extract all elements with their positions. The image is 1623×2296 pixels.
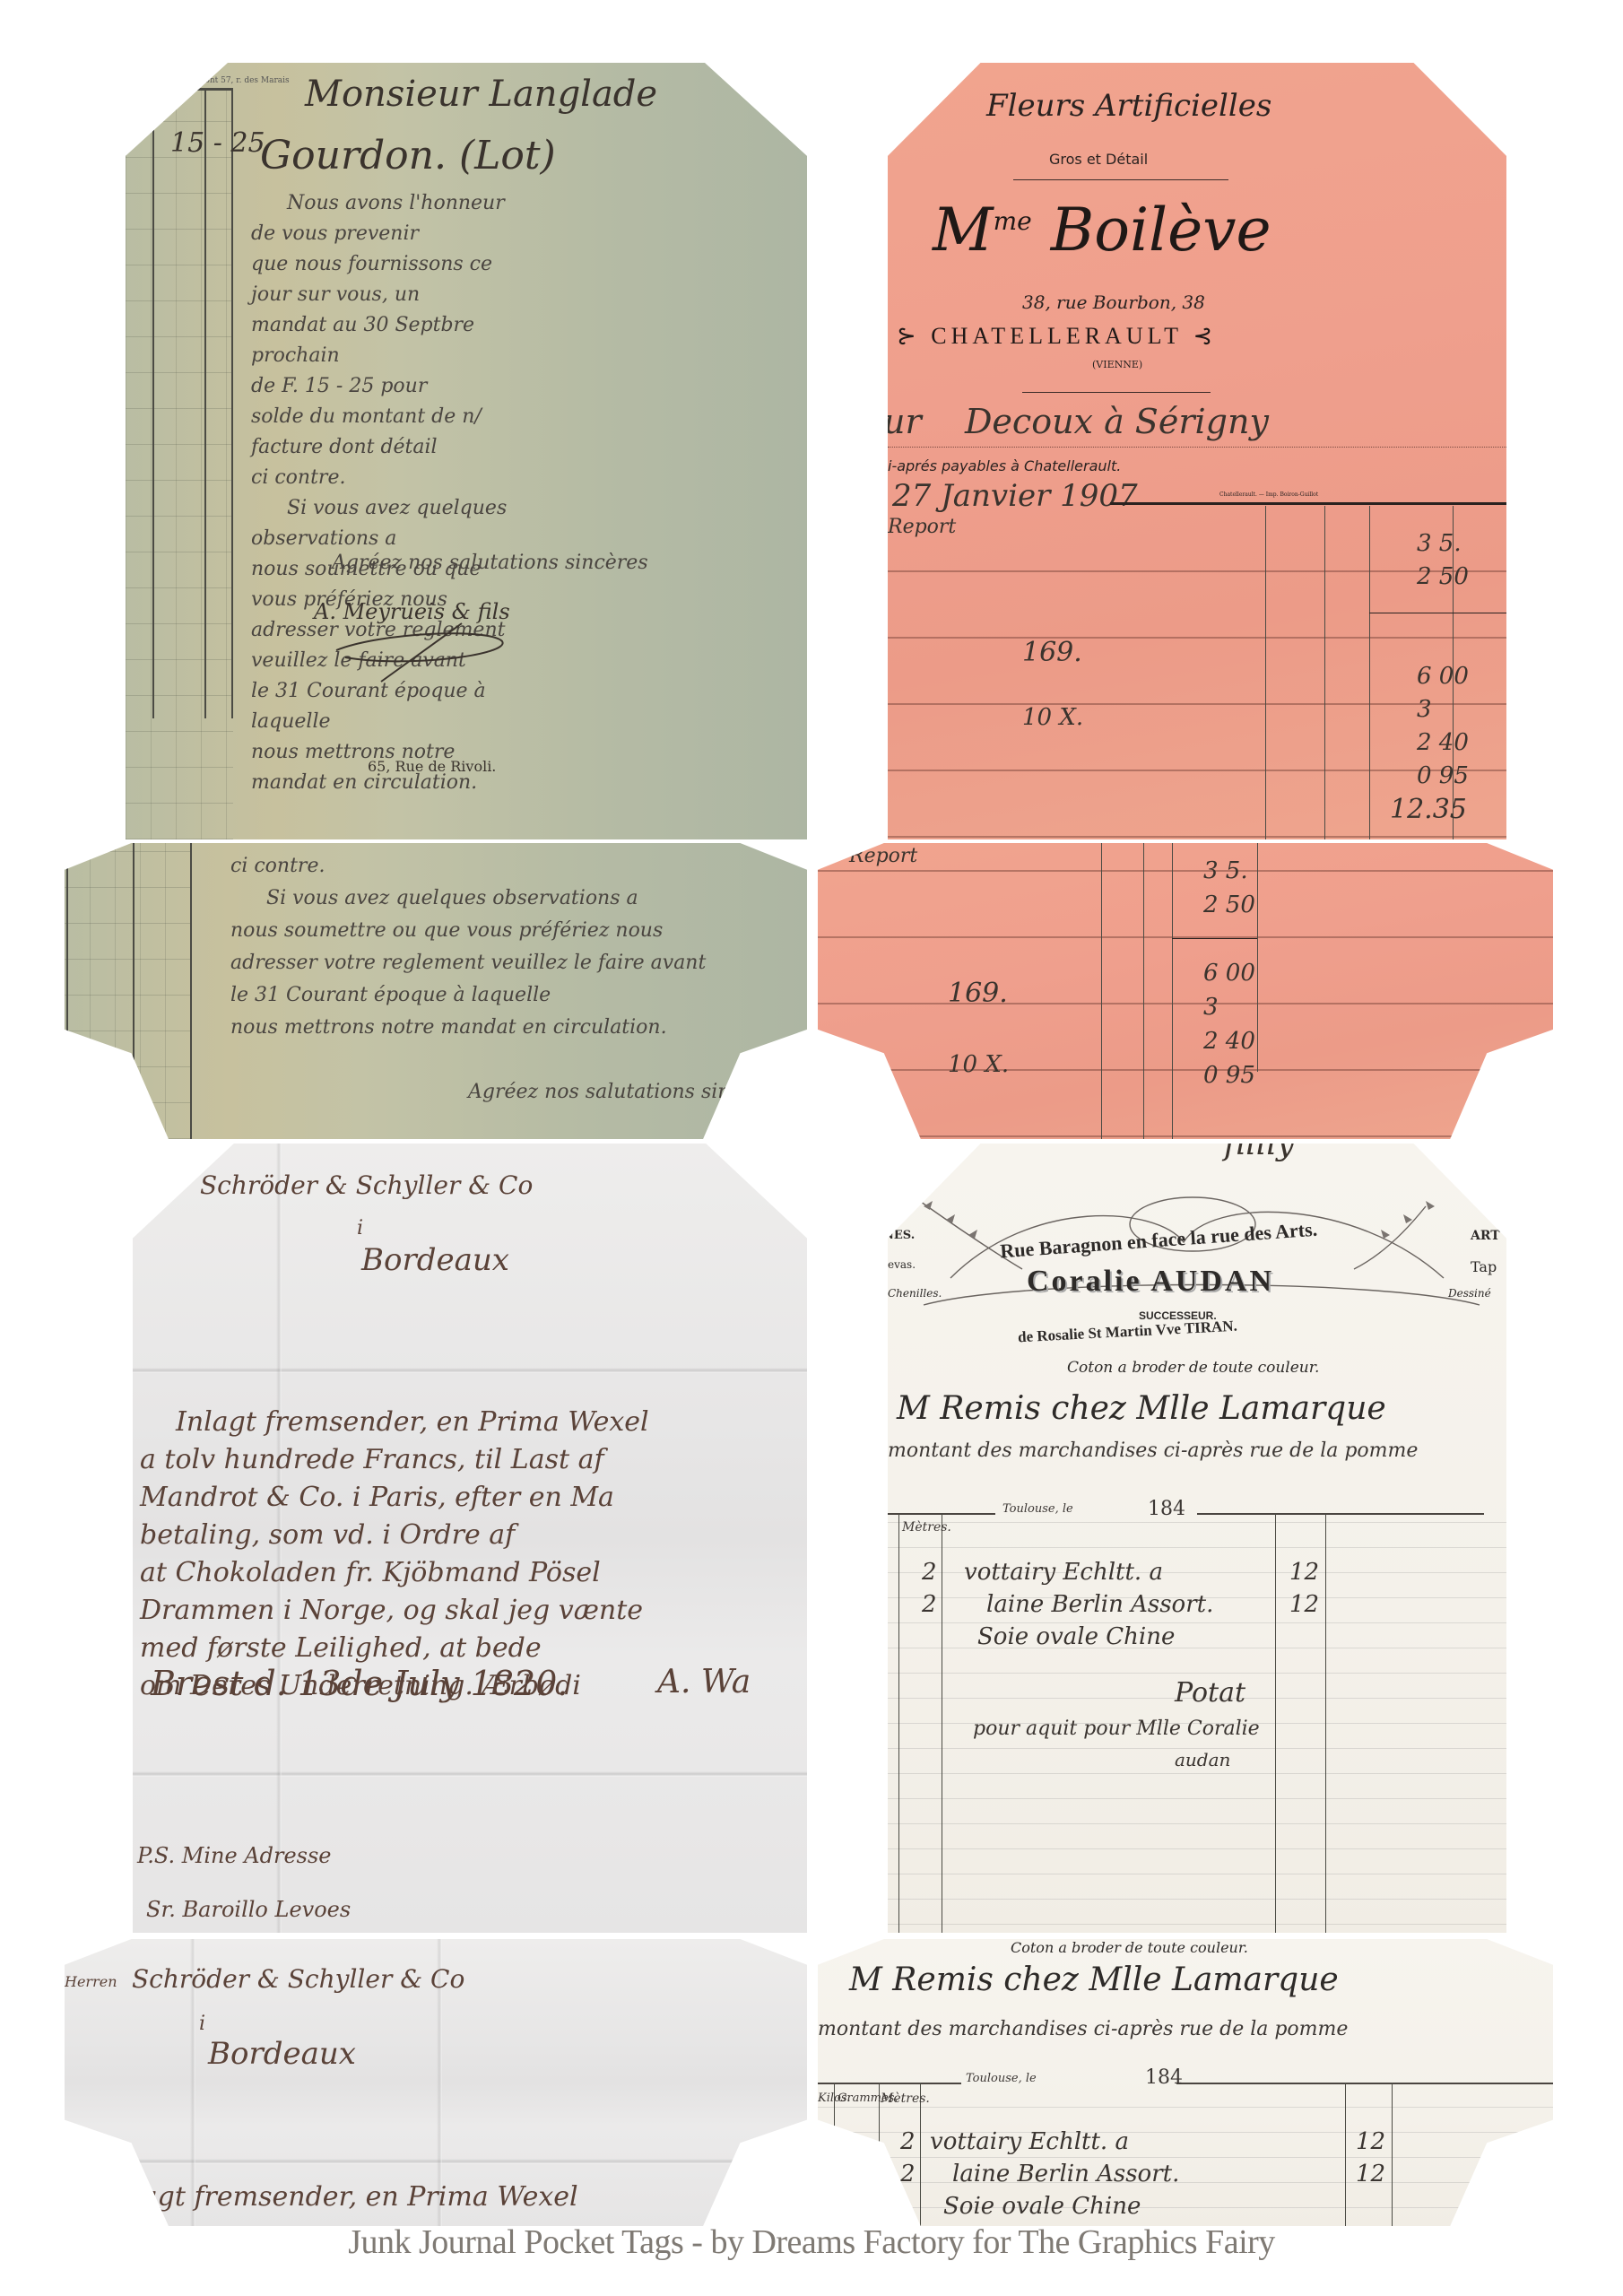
- item-qty: 2 2: [922, 1556, 937, 1621]
- signature: A. Wa: [657, 1664, 751, 1700]
- column-line: [1265, 506, 1266, 839]
- ledger-number: 15 - 25: [170, 127, 265, 159]
- ledger-line: [231, 90, 233, 718]
- customer-line: ur Decoux à Sérigny: [888, 402, 1269, 441]
- ledger-grid: [126, 90, 233, 839]
- address: 65, Rue de Rivoli.: [368, 758, 496, 775]
- note: Potat: [1175, 1677, 1245, 1709]
- header-rule: [1197, 1513, 1484, 1515]
- city-line: ⊱ CHATELLERAULT ⊰: [897, 323, 1217, 350]
- ledger-line: [190, 843, 192, 1139]
- year: 184: [1145, 2066, 1183, 2089]
- closing: Agréez nos salutations sincères: [332, 552, 648, 574]
- amount-column: 3 5. 2 50 6 00 3 2 40 0 95: [1203, 854, 1255, 1092]
- specialty: Coton a broder de toute couleur.: [1011, 1939, 1248, 1956]
- business-name: Coralie AUDAN: [1027, 1265, 1274, 1299]
- city: Gourdon. (Lot): [260, 133, 556, 178]
- cream-invoice-pocket[interactable]: Coton a broder de toute couleur. M Remis…: [818, 1939, 1553, 2226]
- city: Bordeaux: [361, 1242, 509, 1278]
- pink-invoice-pocket[interactable]: Report 169. 10 X. 3 5. 2 50 6 00 3 2 40 …: [818, 843, 1553, 1139]
- billed-line-2: montant des marchandises ci-après rue de…: [818, 2018, 1348, 2040]
- date-line: Brest d. 13de July 1820.: [151, 1664, 568, 1703]
- ledger-line: [66, 868, 68, 1085]
- green-letter-pocket[interactable]: ci contre. Si vous avez quelques observa…: [65, 843, 807, 1139]
- column-line: [1325, 1513, 1326, 1933]
- side-text: Dessiné: [1448, 1287, 1491, 1300]
- column-line: [1101, 843, 1102, 1139]
- side-text: Chenilles.: [888, 1287, 942, 1300]
- specialty: Coton a broder de toute couleur.: [1067, 1359, 1319, 1377]
- letter-body: Nous avons l'honneur de vous prevenir qu…: [251, 188, 520, 798]
- region: (VIENNE): [1092, 359, 1142, 370]
- entry: 10 X.: [1022, 704, 1083, 731]
- subtotal-rule: [1172, 938, 1257, 939]
- business-name: Mme Boilève: [933, 196, 1271, 265]
- ledger-top-rule: [126, 88, 233, 91]
- table-top-rule: [1110, 502, 1506, 505]
- trade-title: Fleurs Artificielles: [986, 88, 1271, 124]
- billed-line-2: montant des marchandises ci-après rue de…: [888, 1439, 1418, 1462]
- place-date: Toulouse, le: [966, 2072, 1037, 2085]
- page-caption: Junk Journal Pocket Tags - by Dreams Fac…: [0, 2222, 1623, 2262]
- column-line: [1324, 506, 1325, 839]
- billed-to: M Remis chez Mlle Lamarque: [849, 1961, 1339, 1998]
- entry: 10 X.: [948, 1051, 1009, 1078]
- report-label: Report: [849, 845, 917, 867]
- column-line: [942, 1513, 942, 1933]
- amount-column: 3 5. 2 50 6 00 3 2 40 0 95: [1417, 527, 1469, 793]
- salutation: Herren: [133, 1181, 178, 1198]
- to-label: i: [199, 2013, 205, 2035]
- column-line: [1345, 2083, 1346, 2226]
- postscript: P.S. Mine Adresse: [137, 1843, 332, 1868]
- column-line: [1392, 2083, 1393, 2226]
- fold-crease: [133, 1368, 807, 1373]
- printer-note: Imp. Capiomont 57, r. des Marais: [152, 76, 290, 85]
- ledger-line: [204, 90, 206, 718]
- item-price: 12 12: [1289, 1556, 1319, 1621]
- entry: 169.: [1022, 637, 1082, 668]
- subtotal-rule: [1369, 613, 1506, 613]
- item-qty: 2 2: [900, 2126, 916, 2190]
- cream-invoice-tag[interactable]: fiiiiy Rue Baragnon en face la rue des A…: [888, 1144, 1506, 1933]
- year: 184: [1148, 1498, 1185, 1520]
- column-line: [1275, 1513, 1276, 1933]
- closing: Agréez nos salutations sincères: [468, 1081, 785, 1103]
- grey-letter-tag[interactable]: Herren Schröder & Schyller & Co i Bordea…: [133, 1144, 807, 1933]
- column-line: [1143, 843, 1144, 1139]
- header-rule: [818, 2083, 961, 2084]
- column-line: [898, 1513, 899, 1933]
- city: Bordeaux: [208, 2036, 356, 2072]
- divider: [1022, 392, 1211, 393]
- dotted-rule: [888, 447, 1506, 448]
- side-text: Tap: [1471, 1258, 1497, 1275]
- street: 38, rue Bourbon, 38: [1022, 291, 1205, 313]
- side-text: NES.: [888, 1229, 915, 1242]
- item-list: vottairy Echltt. a laine Berlin Assort. …: [964, 1556, 1213, 1653]
- column-line: [1369, 506, 1370, 839]
- subtitle: Gros et Détail: [1049, 151, 1148, 168]
- letter-body: ci contre. Si vous avez quelques observa…: [230, 850, 795, 1044]
- side-text: ART: [1471, 1229, 1500, 1243]
- column-header: Mètres.: [881, 2092, 930, 2106]
- ledger-grid: [65, 843, 190, 1139]
- ruled-lines: [888, 506, 1506, 839]
- receipt-name: audan: [1175, 1749, 1230, 1770]
- signature-flourish-icon: [327, 614, 516, 686]
- grey-letter-pocket[interactable]: Herren Schröder & Schyller & Co i Bordea…: [65, 1939, 807, 2226]
- column-header: Mètres.: [902, 1520, 951, 1535]
- pink-invoice-tag[interactable]: Fleurs Artificielles Gros et Détail Mme …: [888, 63, 1506, 839]
- column-line: [1172, 843, 1173, 1139]
- fold-crease: [65, 2159, 807, 2164]
- invoice-total: 12.35: [1390, 794, 1467, 825]
- to-label: i: [357, 1217, 363, 1239]
- payable-note: i-aprés payables à Chatellerault.: [888, 457, 1121, 474]
- divider: [1013, 179, 1228, 180]
- place-date: Toulouse, le: [1002, 1502, 1073, 1516]
- billed-to: M Remis chez Mlle Lamarque: [897, 1390, 1386, 1427]
- header-rule: [1176, 2083, 1553, 2084]
- entry: 169.: [948, 978, 1008, 1009]
- ledger-line: [152, 90, 154, 718]
- ledger-line: [133, 843, 135, 1139]
- ornament-right-icon: ⊰: [1183, 323, 1217, 349]
- letter-body: Inlagt fremsender, en Prima Wexel a tolv…: [140, 1404, 807, 1705]
- fold-crease: [133, 1771, 807, 1777]
- postscript: Sr. Baroillo Levoes: [146, 1897, 351, 1922]
- recipient: Schröder & Schyller & Co: [200, 1170, 533, 1200]
- recipient: Schröder & Schyller & Co: [132, 1964, 464, 1994]
- side-text: evas.: [888, 1258, 916, 1271]
- green-letter-tag[interactable]: Imp. Capiomont 57, r. des Marais 15 - 25…: [126, 63, 807, 839]
- top-scribble: fiiiiy: [1224, 1144, 1295, 1162]
- item-list: vottairy Echltt. a laine Berlin Assort. …: [930, 2126, 1179, 2222]
- printer-note: Chatellerault. — Imp. Boiron-Guillot: [1219, 491, 1318, 498]
- item-price: 12 12: [1356, 2126, 1385, 2190]
- ornament-left-icon: ⊱: [897, 323, 931, 349]
- salutation: Herren: [65, 1973, 117, 1990]
- letter-body: Inlagt fremsender, en Prima Wexel: [105, 2181, 578, 2213]
- receipt: pour aquit pour Mlle Coralie: [973, 1718, 1260, 1740]
- ruled-lines: [818, 843, 1553, 1139]
- recipient: Monsieur Langlade: [305, 74, 657, 115]
- column-line: [1257, 843, 1258, 1072]
